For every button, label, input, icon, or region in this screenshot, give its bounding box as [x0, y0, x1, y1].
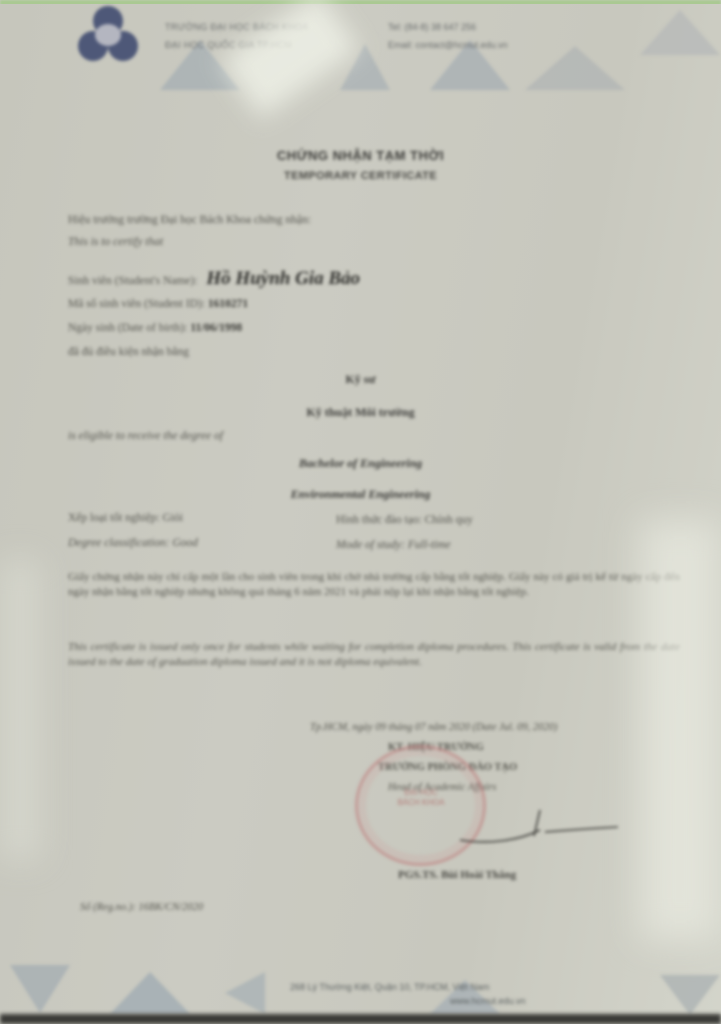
note-en: This certificate is issued only once for… [68, 640, 680, 670]
degree-title-en: Bachelor of Engineering [0, 456, 721, 471]
dob-value: 11/06/1998 [190, 322, 242, 334]
title-vi: CHỨNG NHẬN TẠM THỜI [0, 148, 721, 163]
student-name-label: Sinh viên (Student's Name): [68, 275, 198, 287]
contact-line-1: Tel: (84-8) 38 647 256 [388, 18, 508, 36]
footer-triangle [225, 972, 265, 1014]
intro-vi: Hiệu trưởng trường Đại học Bách Khoa chứ… [68, 214, 311, 226]
footer-triangle [660, 975, 720, 1015]
certificate-content: TRƯỜNG ĐẠI HỌC BÁCH KHOA ĐẠI HỌC QUỐC GI… [0, 0, 721, 1024]
footer-triangle [110, 972, 190, 1014]
student-name-row: Sinh viên (Student's Name): Hồ Huỳnh Gia… [68, 268, 360, 290]
contact-line-2: Email: contact@hcmut.edu.vn [388, 36, 508, 54]
student-id: 1610271 [208, 298, 248, 310]
dob-label: Ngày sinh (Date of birth): [68, 322, 187, 334]
light-glare [640, 520, 720, 940]
footer-line-2: www.hcmut.edu.vn [290, 994, 526, 1008]
eligible-vi: đã đủ điều kiện nhận bằng [68, 346, 189, 358]
classification-vi: Xếp loại tốt nghiệp: Giỏi [68, 512, 183, 524]
header-triangle [525, 46, 625, 90]
degree-title-vi: Kỹ sư [0, 372, 721, 387]
handwritten-signature [450, 800, 620, 850]
light-glare [0, 560, 40, 860]
bottom-edge-shadow [0, 1014, 721, 1024]
major-en: Environmental Engineering [0, 487, 721, 502]
document-number: Số (Reg.no.): 16BK/CN/2020 [80, 902, 203, 913]
footer-line-1: 268 Lý Thường Kiệt, Quận 10, TP.HCM, Việ… [290, 980, 526, 994]
mode-vi: Hình thức đào tạo: Chính quy [336, 514, 473, 526]
footer-address: 268 Lý Thường Kiệt, Quận 10, TP.HCM, Việ… [290, 980, 526, 1008]
signer-name: PGS.TS. Bùi Hoài Thắng [398, 869, 516, 881]
dob-row: Ngày sinh (Date of birth): 11/06/1998 [68, 322, 242, 334]
stamp-text-2: BÁCH KHOA [386, 798, 456, 808]
footer-triangle [10, 965, 70, 1013]
student-name: Hồ Huỳnh Gia Bảo [206, 268, 360, 289]
title-en: TEMPORARY CERTIFICATE [0, 170, 721, 182]
intro-en: This is to certify that [68, 236, 163, 248]
mode-en: Mode of study: Full-time [336, 539, 451, 551]
header-triangle [640, 10, 720, 55]
major-vi: Kỹ thuật Môi trường [0, 405, 721, 420]
note-vi: Giấy chứng nhận này chỉ cấp một lần cho … [68, 570, 680, 600]
classification-en: Degree classification: Good [68, 537, 198, 549]
place-date: Tp.HCM, ngày 09 tháng 07 năm 2020 (Date … [310, 722, 557, 733]
student-id-row: Mã số sinh viên (Student ID): 1610271 [68, 298, 248, 310]
header-contact: Tel: (84-8) 38 647 256 Email: contact@hc… [388, 18, 508, 54]
student-id-label: Mã số sinh viên (Student ID): [68, 298, 205, 310]
university-logo [75, 4, 141, 64]
eligible-en: is eligible to receive the degree of [68, 430, 223, 442]
stamp-text-1: ĐẠI HỌC [386, 788, 456, 798]
